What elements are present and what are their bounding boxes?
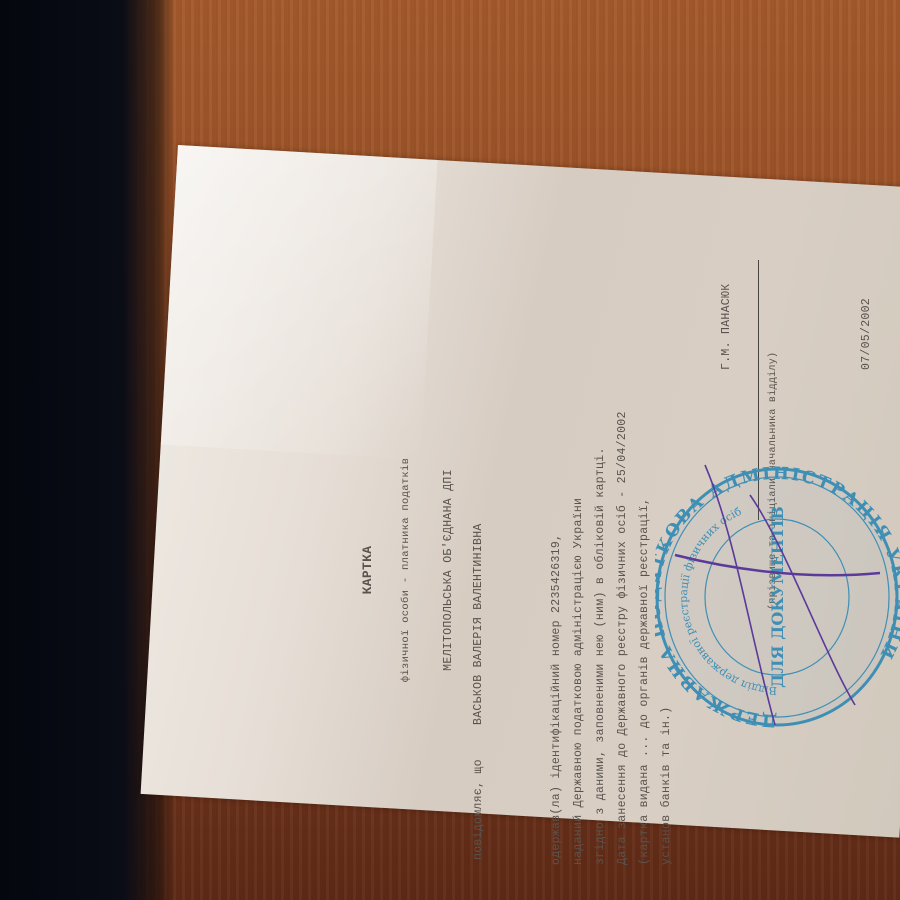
person-name: ВАСЬКОВ ВАЛЕРІЯ ВАЛЕНТИНІВНА — [472, 523, 485, 725]
official-stamp: ДЕРЖАВНА ПОДАТКОВА АДМІНІСТРАЦІЯ УКРАЇНИ… — [655, 455, 900, 745]
body-line: (картка видана ... до органів державної … — [638, 498, 651, 865]
card-subtitle: фізичної особи - платника податків — [400, 270, 412, 870]
body-line: Дата занесення до Державного реєстру фіз… — [616, 411, 629, 865]
body-line: одержав(ла) ідентифікаційний номер 22354… — [550, 534, 563, 865]
body-line: наданий Державною податковою адміністрац… — [572, 498, 585, 865]
card-title: КАРТКА — [360, 270, 375, 870]
stamp-center-text: ДЛЯ ДОКУМЕНТІВ — [768, 506, 787, 688]
notice-prefix: повідомляє, що — [472, 759, 485, 860]
body-line: згідно з даними, заповненими нею (ним) в… — [594, 447, 607, 865]
issue-date: 07/05/2002 — [860, 298, 873, 370]
signatory-name: Г.М. ПАНАСЮК — [720, 284, 733, 370]
card-text: КАРТКА фізичної особи - платника податкі… — [180, 270, 700, 870]
issuer-office: МЕЛІТОПОЛЬСЬКА ОБ'ЄДНАНА ДПІ — [442, 270, 455, 870]
